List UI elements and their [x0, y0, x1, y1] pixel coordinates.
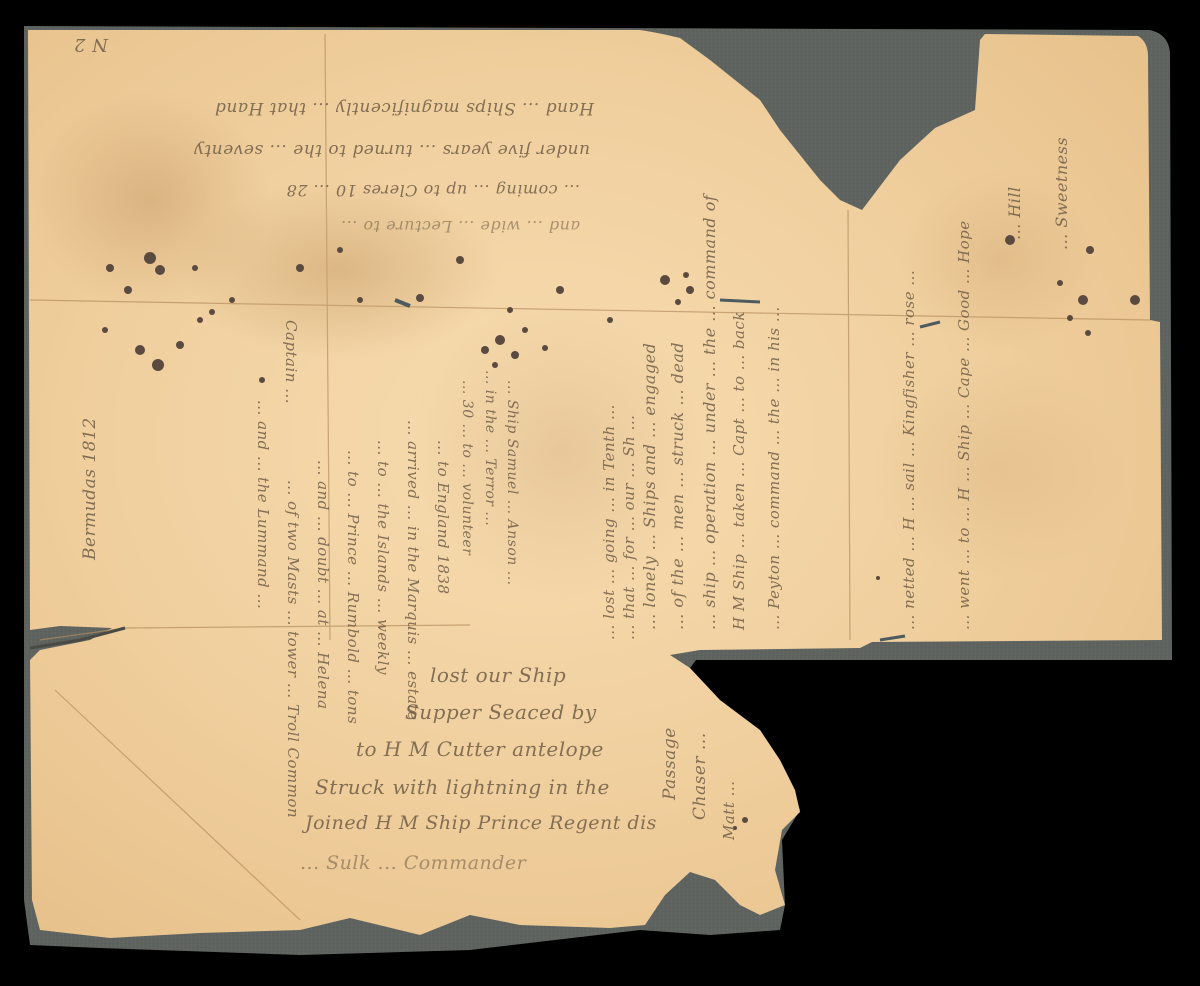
- vertical-right-line-2: ... that ... for ... our ... Sh ...: [620, 415, 638, 640]
- vertical-left-line-4: ... and ... doubt ... at ... Helena: [314, 460, 332, 709]
- vertical-right-line-8: Passage: [660, 727, 680, 800]
- far-right-line-3: ... Hill: [1005, 186, 1024, 240]
- vertical-right-line-5: ... ship ... operation ... under ... the…: [700, 195, 719, 630]
- vertical-left-line-5: ... to ... Prince ... Rumbold ... tons: [344, 450, 362, 724]
- center-line-5: Joined H M Ship Prince Regent dis: [305, 812, 657, 834]
- vertical-left-line-8: ... to England 1838: [434, 440, 452, 595]
- vertical-left-line-10: ... in the ... Terror ...: [482, 370, 498, 526]
- far-right-line-4: ... Sweetness: [1052, 137, 1071, 250]
- center-line-4: Struck with lightning in the: [315, 775, 610, 799]
- vertical-right-line-1: ... lost ... going ... in Tenth ...: [600, 404, 618, 640]
- margin-note: Bermudas 1812: [80, 417, 100, 560]
- vertical-right-line-6: H M Ship ... taken ... Capt ... to ... b…: [730, 311, 748, 630]
- upside-down-line-2: under five years ... turned to the ... s…: [194, 140, 590, 160]
- vertical-left-line-7: ... arrived ... in the Marquis ... estat…: [404, 420, 422, 721]
- center-line-2: Supper Seaced by: [405, 700, 597, 724]
- vertical-left-line-2: ... and ... the Lummand ...: [254, 400, 272, 609]
- center-line-3: to H M Cutter antelope: [356, 737, 604, 761]
- far-right-line-1: ... netted ... H ... sail ... Kingfisher…: [900, 270, 918, 630]
- vertical-left-line-9: ... 30 ... to ... volunteer: [459, 380, 475, 555]
- vertical-left-line-11: ... Ship Samuel ... Anson ...: [504, 380, 520, 586]
- corner-mark: N 2: [74, 34, 108, 55]
- scanned-document: N 2 Hand ... Ships magnificently ... tha…: [0, 0, 1200, 986]
- upside-down-line-1: Hand ... Ships magnificently ... that Ha…: [215, 98, 594, 118]
- vertical-right-line-3: ... lonely ... Ships and ... engaged: [640, 343, 659, 630]
- vertical-right-line-9: Chaser ...: [690, 732, 710, 820]
- vertical-left-line-1: Captain ...: [282, 320, 300, 404]
- vertical-left-line-3: ... of two Masts ... tower ... Troll Com…: [284, 480, 302, 818]
- upside-down-line-3: ... coming ... up to Cleres 10 ... 28: [286, 181, 580, 200]
- vertical-right-line-7: ... Peyton ... command ... the ... in hi…: [765, 306, 783, 630]
- upside-down-line-4: and ... wide ... Lecture to ...: [341, 217, 580, 236]
- vertical-right-line-10: Matt ...: [720, 781, 738, 840]
- vertical-right-line-4: ... of the ... men ... struck ... dead: [668, 342, 687, 630]
- vertical-left-line-6: ... to ... the Islands ... weekly: [374, 440, 392, 675]
- center-line-1: lost our Ship: [430, 663, 566, 687]
- far-right-line-2: ... went ... to ... H ... Ship ... Cape …: [955, 220, 973, 630]
- center-line-6: ... Sulk ... Commander: [300, 852, 526, 874]
